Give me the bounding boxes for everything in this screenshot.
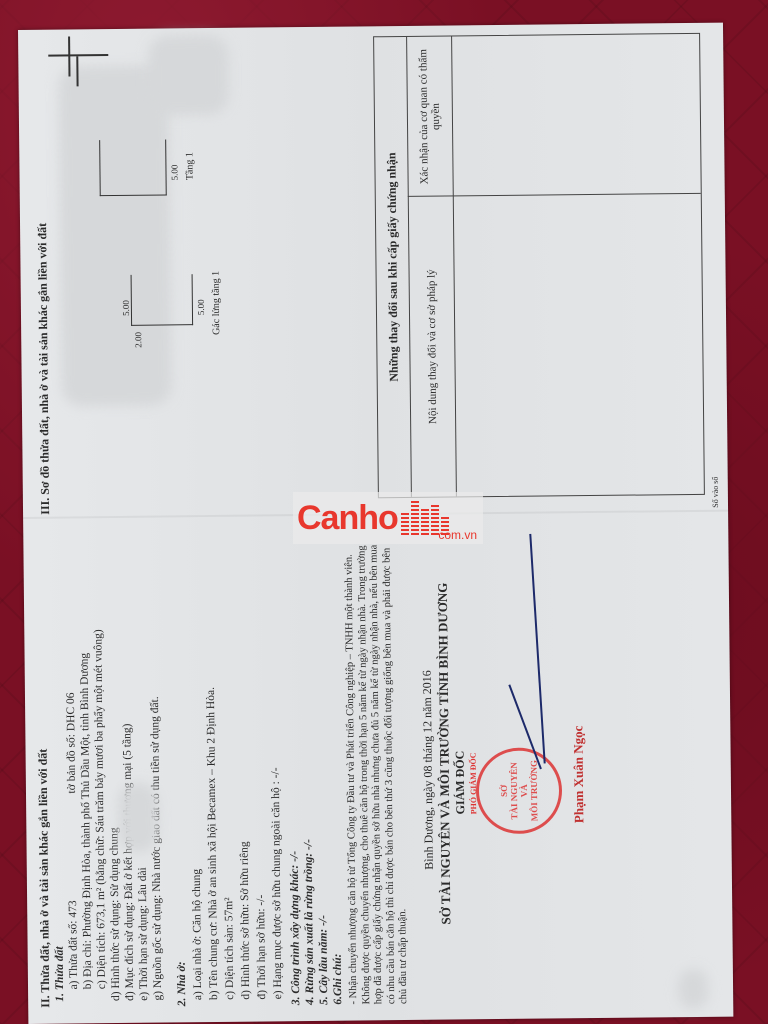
signer-name: Phạm Xuân Ngọc — [570, 726, 587, 824]
dim-label: 2.00 — [133, 332, 143, 348]
stamp-line-1: SỞ — [499, 785, 509, 797]
redaction-blur — [118, 783, 159, 853]
dim-label: 5.00 — [196, 299, 206, 315]
house-floor-area: c) Diện tích sàn: 57m² — [223, 897, 236, 1000]
house-type: a) Loại nhà ở: Căn hộ chung — [191, 869, 204, 1000]
floor-plan-mezzanine — [131, 274, 194, 326]
changes-table: Những thay đổi sau khi cấp giấy chứng nh… — [373, 33, 705, 498]
canho-watermark: Canho com.vn — [293, 492, 483, 544]
changes-column-confirmation: Xác nhận của cơ quan có thẩm quyền — [406, 34, 701, 197]
land-area: c) Diện tích: 673,1 m² (bằng chữ: Sáu tr… — [92, 629, 108, 989]
item-perennial-trees: 5. Cây lâu năm: -/- — [317, 915, 330, 1005]
stamp-line-3: VÀ — [519, 784, 529, 797]
land-map-sheet: tờ bản đồ số: DHC 06 — [65, 692, 78, 793]
redaction-blur — [148, 35, 229, 116]
floor-label-ground: Tầng 1 — [184, 152, 195, 180]
redaction-blur — [58, 65, 172, 406]
changes-column-content: Nội dung thay đổi và cơ sở pháp lý — [408, 193, 704, 497]
land-use-term: e) Thời hạn sử dụng: Lâu dài — [137, 867, 150, 1001]
page-section-ii: II. Thửa đất, nhà ở và tài sản khác gắn … — [23, 520, 733, 1024]
floor-label-mezzanine: Gác lửng tầng 1 — [211, 271, 223, 335]
watermark-domain: com.vn — [438, 528, 477, 542]
registry-number-label: Số vào sổ — [711, 477, 720, 508]
house-common-items: e) Hạng mục được sở hữu chung ngoài căn … — [270, 767, 284, 999]
notes-text: - Nhận chuyển nhượng căn hộ từ Tổng Công… — [343, 534, 410, 1005]
house-ownership-form: d) Hình thức sở hữu: Sở hữu riêng — [239, 841, 253, 999]
issuing-authority: SỞ TÀI NGUYÊN VÀ MÔI TRƯỜNG TỈNH BÌNH DƯ… — [435, 583, 455, 925]
item-production-forest: 4. Rừng sản xuất là rừng trồng: -/- — [302, 839, 316, 1005]
item-notes-heading: 6.Ghi chú: — [332, 954, 345, 1005]
item-other-constructions: 3. Công trình xây dựng khác: -/- — [289, 851, 303, 1005]
redaction-blur — [678, 969, 708, 1009]
column-header-confirmation: Xác nhận của cơ quan có thẩm quyền — [406, 36, 454, 196]
floor-plan-ground — [99, 139, 167, 196]
land-address: b) Địa chỉ: Phường Định Hòa, thành phố T… — [79, 653, 95, 990]
place-date: Bình Dương, ngày 08 tháng 12 năm 2016 — [420, 670, 437, 870]
watermark-brand: Canho — [297, 499, 398, 538]
land-heading: 1. Thửa đất — [54, 946, 67, 1001]
road-line — [68, 36, 70, 76]
house-ownership-term: đ) Thời hạn sở hữu: -/- — [255, 895, 268, 1000]
dim-label: 5.00 — [121, 300, 131, 316]
land-use-origin: g) Nguồn gốc sử dụng: Nhà nước giao đất … — [149, 696, 164, 1000]
land-use-purpose: đ) Mục đích sử dụng: Đất ở kết hợp với t… — [121, 724, 136, 1001]
column-header-content: Nội dung thay đổi và cơ sở pháp lý — [408, 196, 457, 496]
dim-label: 5.00 — [169, 165, 179, 181]
page-section-iii: III. Sơ đồ thửa đất, nhà ở và tài sản kh… — [18, 23, 728, 527]
land-parcel-number: a) Thửa đất số: 473 — [67, 900, 80, 989]
road-line — [76, 56, 78, 86]
section-title-ii: II. Thửa đất, nhà ở và tài sản khác gắn … — [36, 749, 54, 1008]
section-title-iii: III. Sơ đồ thửa đất, nhà ở và tài sản kh… — [35, 223, 53, 515]
land-use-form: d) Hình thức sử dụng: Sử dụng chung — [108, 827, 122, 1001]
house-building-name: b) Tên chung cư: Nhà ở an sinh xã hội Be… — [205, 687, 220, 1000]
north-arrow-icon — [48, 55, 108, 57]
signature-stroke — [529, 534, 545, 764]
house-heading: 2. Nhà ở: — [176, 961, 188, 1006]
director-title: GIÁM ĐỐC — [453, 751, 469, 815]
